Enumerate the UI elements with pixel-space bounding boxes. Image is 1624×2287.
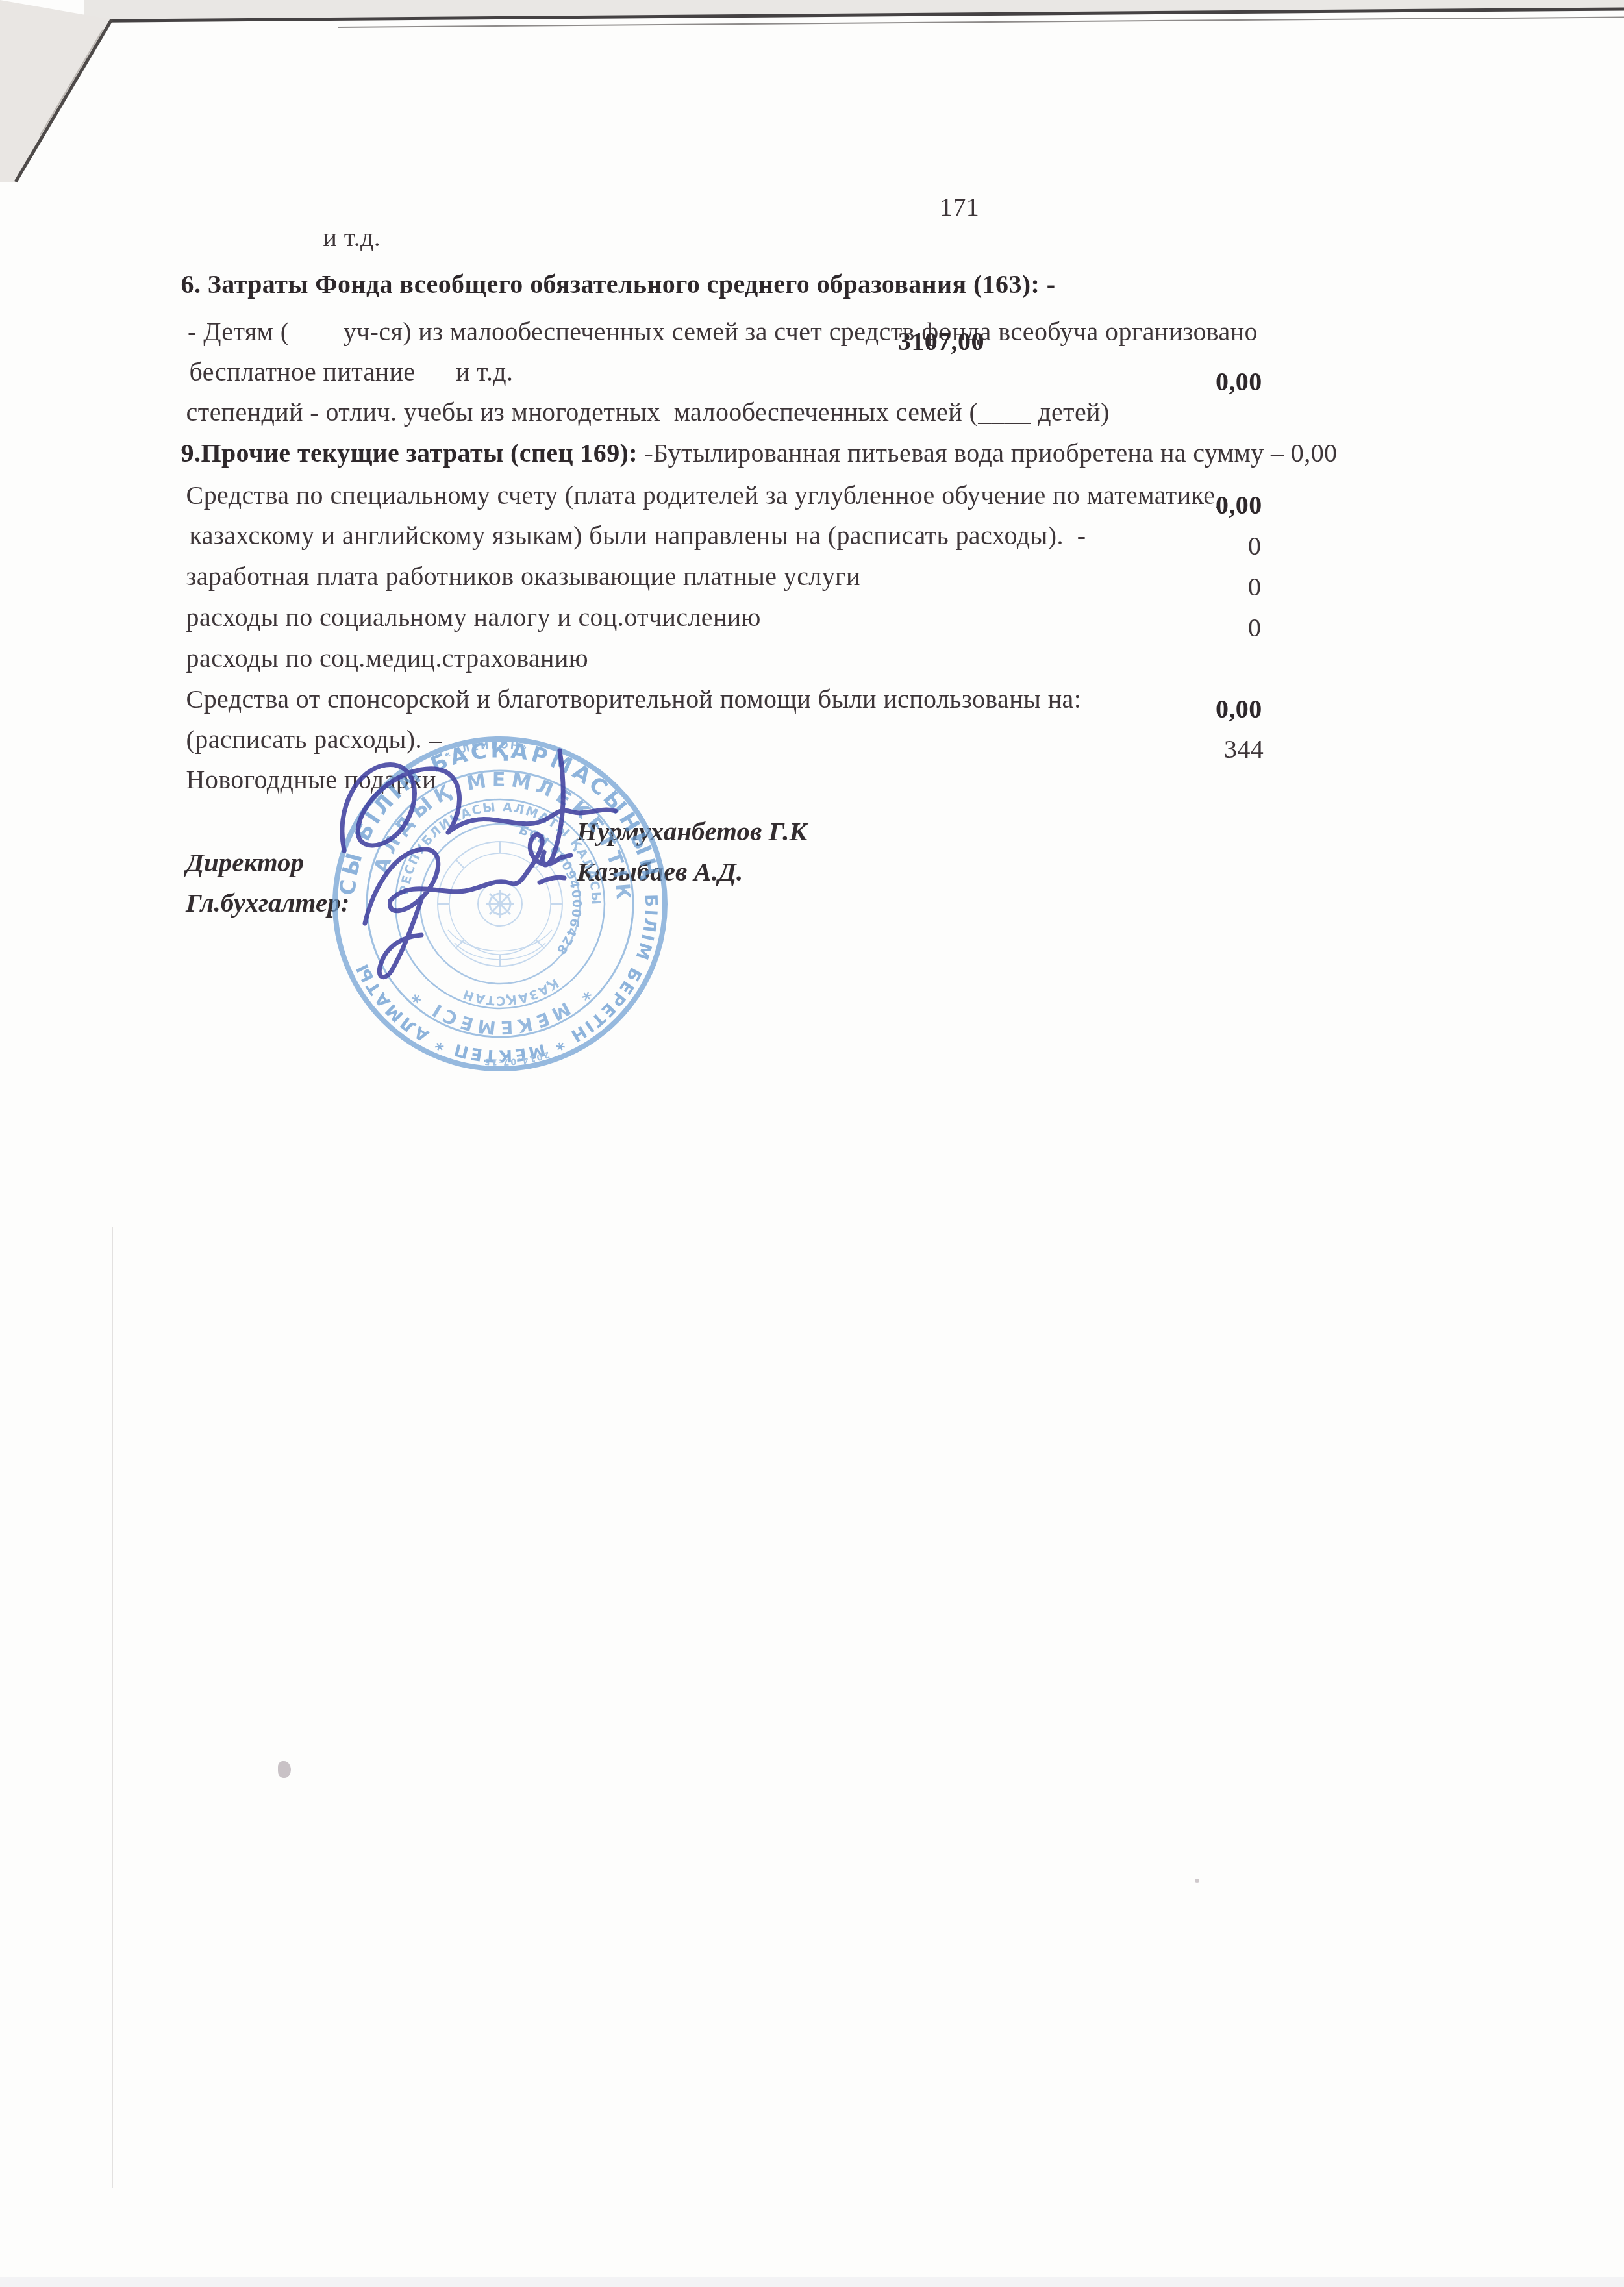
scan-bottom-strip [0,2277,1624,2287]
svg-text:БІЛІМ БЕРЕТІН * МЕКТЕП * АЛМАТ: БІЛІМ БЕРЕТІН * МЕКТЕП * АЛМАТЫ [352,894,660,1066]
line-value: 0 [1248,531,1261,561]
official-stamp-area: «АЛЕЙРОН» СЫ БІЛІМ БАСҚАРМАСЫНЫҢ АЛДЫҚ М… [325,729,675,1079]
scanned-document-page: и т.д. 171 6. Затраты Фонда всеобщего об… [0,0,1624,2287]
line-value: 0,00 [1216,490,1262,520]
line-value: 0,00 [1216,366,1262,397]
scan-dot [1195,1879,1199,1883]
stamp-ring1-bottom-text: БІЛІМ БЕРЕТІН * МЕКТЕП * АЛМАТЫ [352,894,660,1066]
official-stamp: «АЛЕЙРОН» СЫ БІЛІМ БАСҚАРМАСЫНЫҢ АЛДЫҚ М… [325,729,675,1079]
corner-fold-shade [0,0,112,182]
scan-corner-fold [0,0,214,214]
line-value: 3107,00 [898,326,984,356]
line-value: 0 [1248,571,1261,602]
line-value: 0,00 [1216,694,1262,724]
scan-left-edge-line [112,1227,113,2188]
page-number: 171 [940,192,979,222]
line-value: 0 [1248,612,1261,643]
stamp-bottom-texts: БІЛІМ БЕРЕТІН * МЕКТЕП * АЛМАТЫ * МЕКЕМЕ… [352,894,660,1067]
accountant-signature-line: Гл.бухгалтер: Казыбаев А.Д. [159,856,349,981]
line-value: 344 [1224,734,1264,764]
scan-smudge [278,1761,291,1778]
